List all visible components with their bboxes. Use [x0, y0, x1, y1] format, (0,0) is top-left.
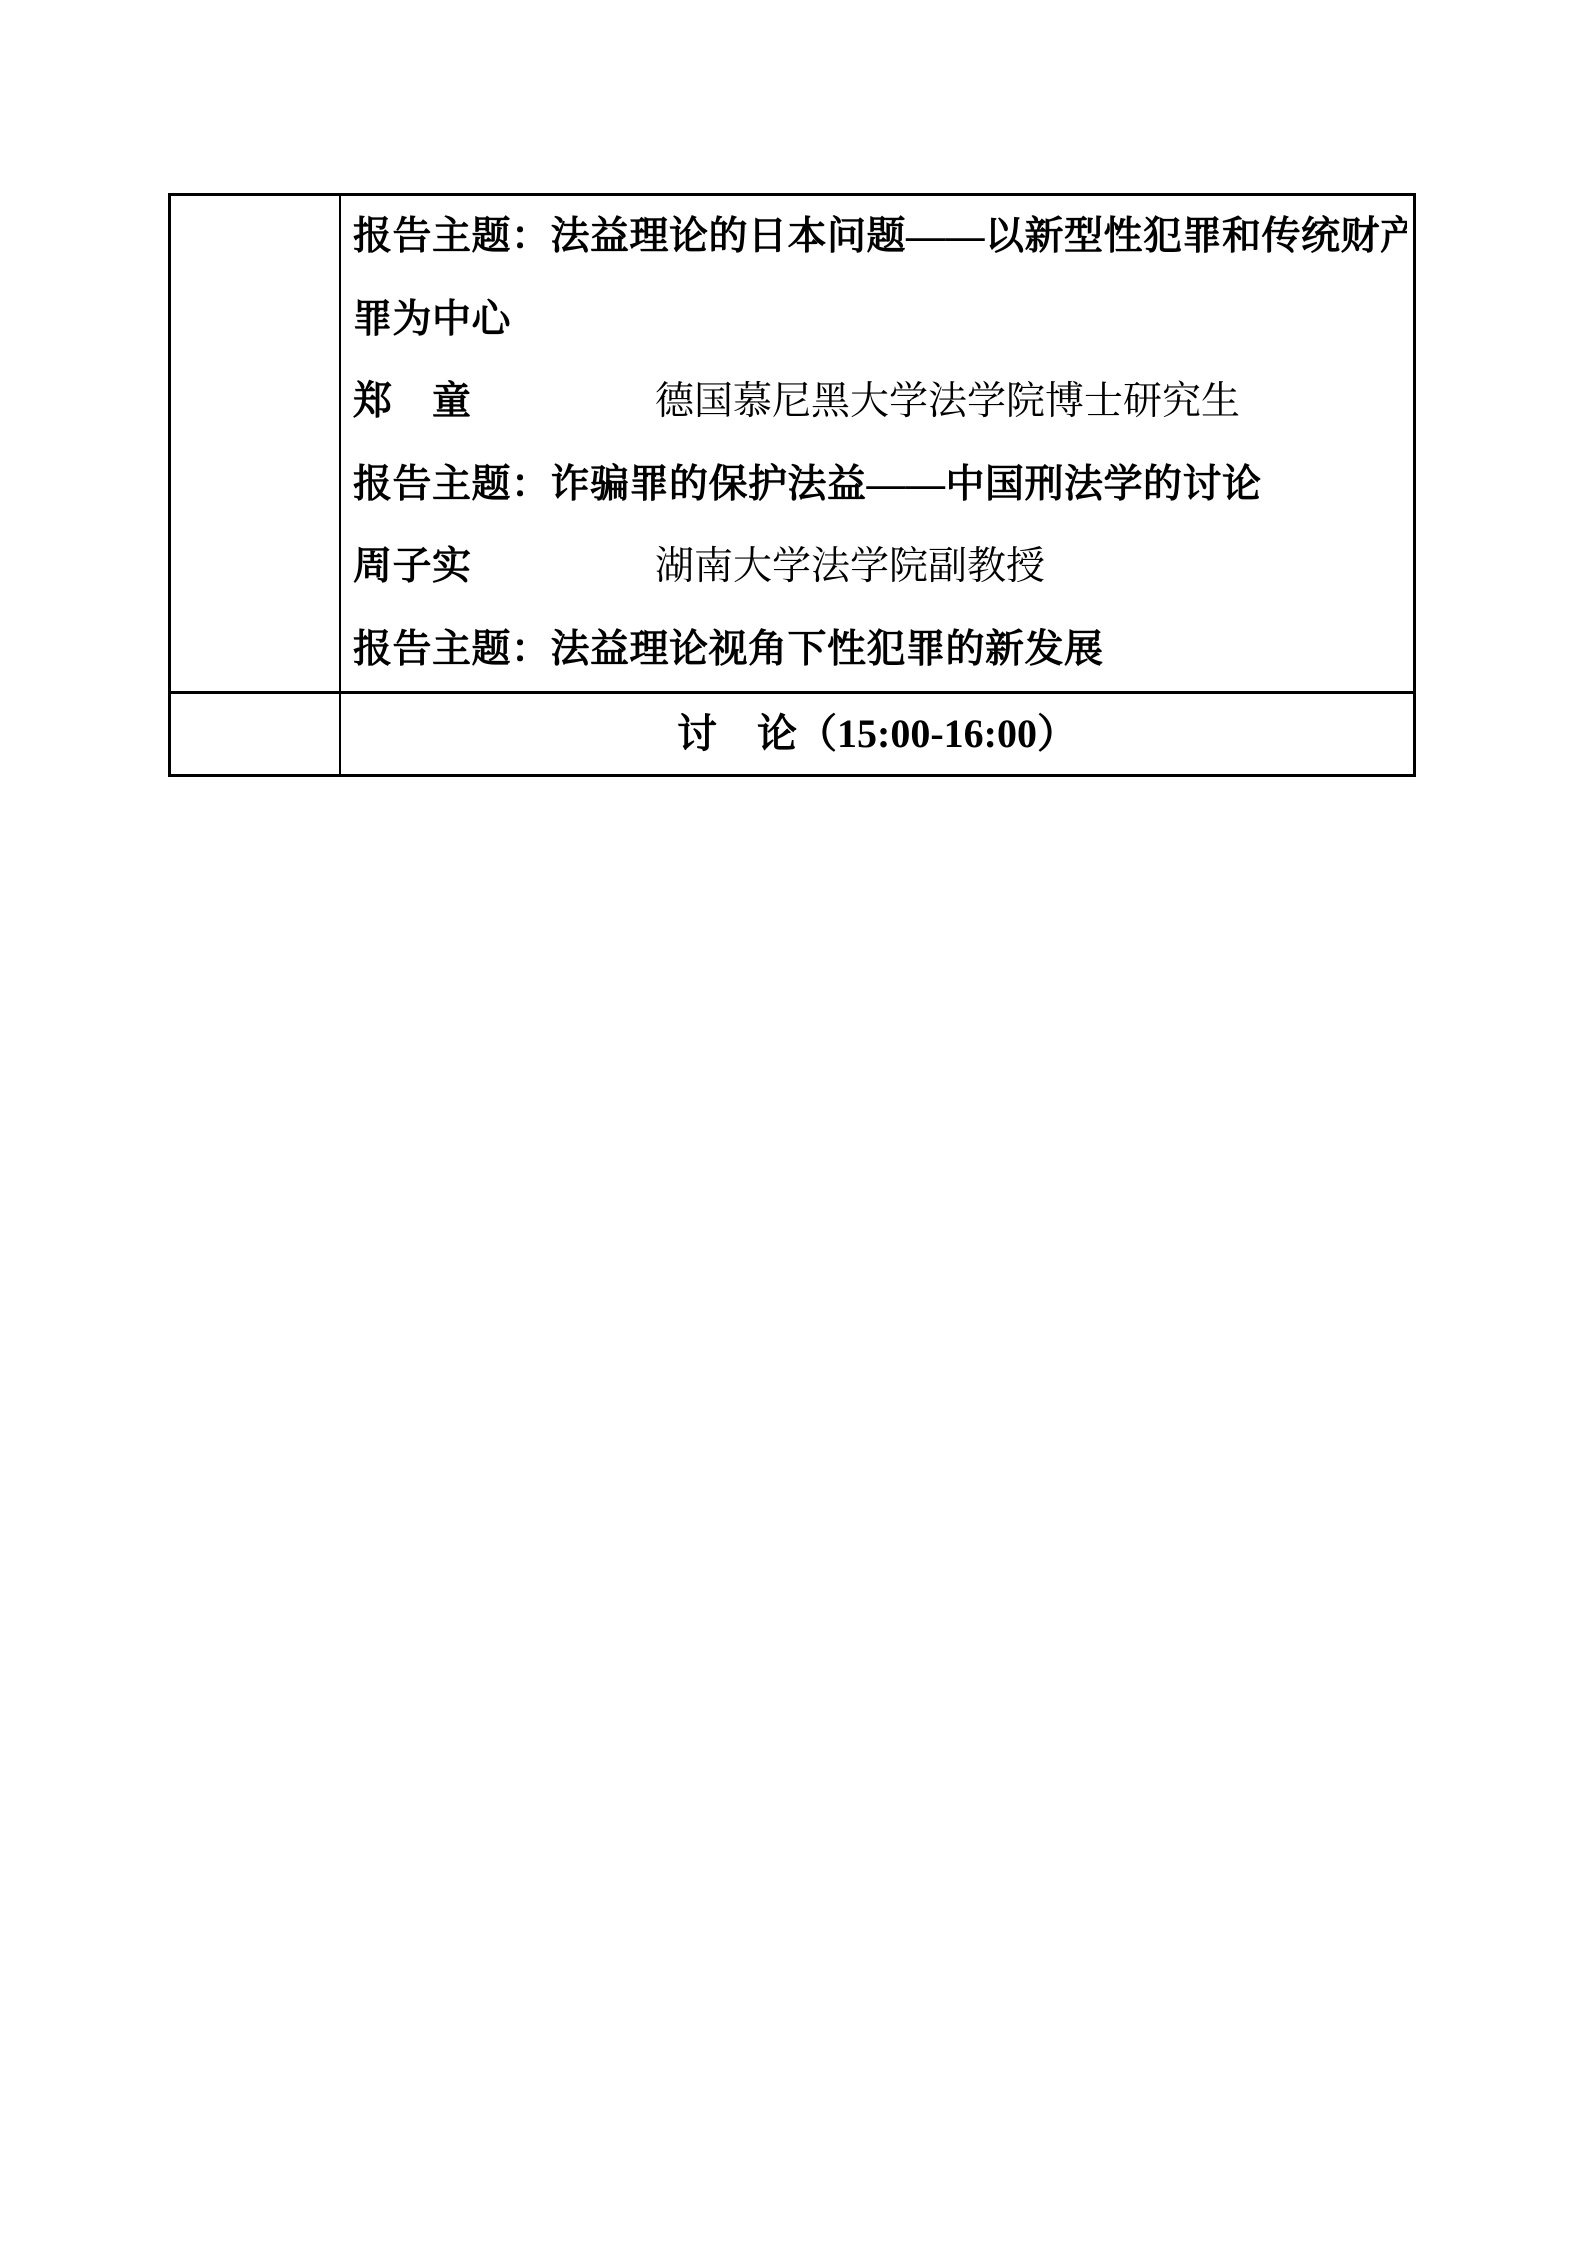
discussion-cell: 讨 论（15:00-16:00） — [339, 694, 1413, 774]
session-content-cell: 报告主题：法益理论的日本问题——以新型性犯罪和传统财产犯 罪为中心 郑 童德国慕… — [339, 196, 1413, 691]
topic-line-2: 报告主题：诈骗罪的保护法益——中国刑法学的讨论 — [353, 444, 1407, 527]
speaker-name-1: 郑 童 — [353, 361, 655, 444]
speaker-name-2: 周子实 — [353, 526, 655, 609]
conference-schedule-table: 报告主题：法益理论的日本问题——以新型性犯罪和传统财产犯 罪为中心 郑 童德国慕… — [168, 193, 1416, 777]
speaker-affiliation-1: 德国慕尼黑大学法学院博士研究生 — [655, 380, 1240, 423]
document-page: 报告主题：法益理论的日本问题——以新型性犯罪和传统财产犯 罪为中心 郑 童德国慕… — [0, 0, 1588, 2245]
speaker-affiliation-2: 湖南大学法学院副教授 — [655, 545, 1045, 588]
topic-line-3: 报告主题：法益理论视角下性犯罪的新发展 — [353, 609, 1407, 692]
speaker-line-2: 周子实湖南大学法学院副教授 — [353, 526, 1407, 609]
discussion-time-cell-empty — [171, 694, 339, 774]
time-cell-empty — [171, 196, 339, 691]
topic-line-1-continuation: 罪为中心 — [353, 279, 1407, 362]
speaker-line-1: 郑 童德国慕尼黑大学法学院博士研究生 — [353, 361, 1407, 444]
discussion-row: 讨 论（15:00-16:00） — [171, 691, 1413, 774]
discussion-label: 讨 论（15:00-16:00） — [677, 694, 1077, 774]
session-row: 报告主题：法益理论的日本问题——以新型性犯罪和传统财产犯 罪为中心 郑 童德国慕… — [171, 196, 1413, 691]
topic-line-1: 报告主题：法益理论的日本问题——以新型性犯罪和传统财产犯 — [353, 196, 1407, 279]
